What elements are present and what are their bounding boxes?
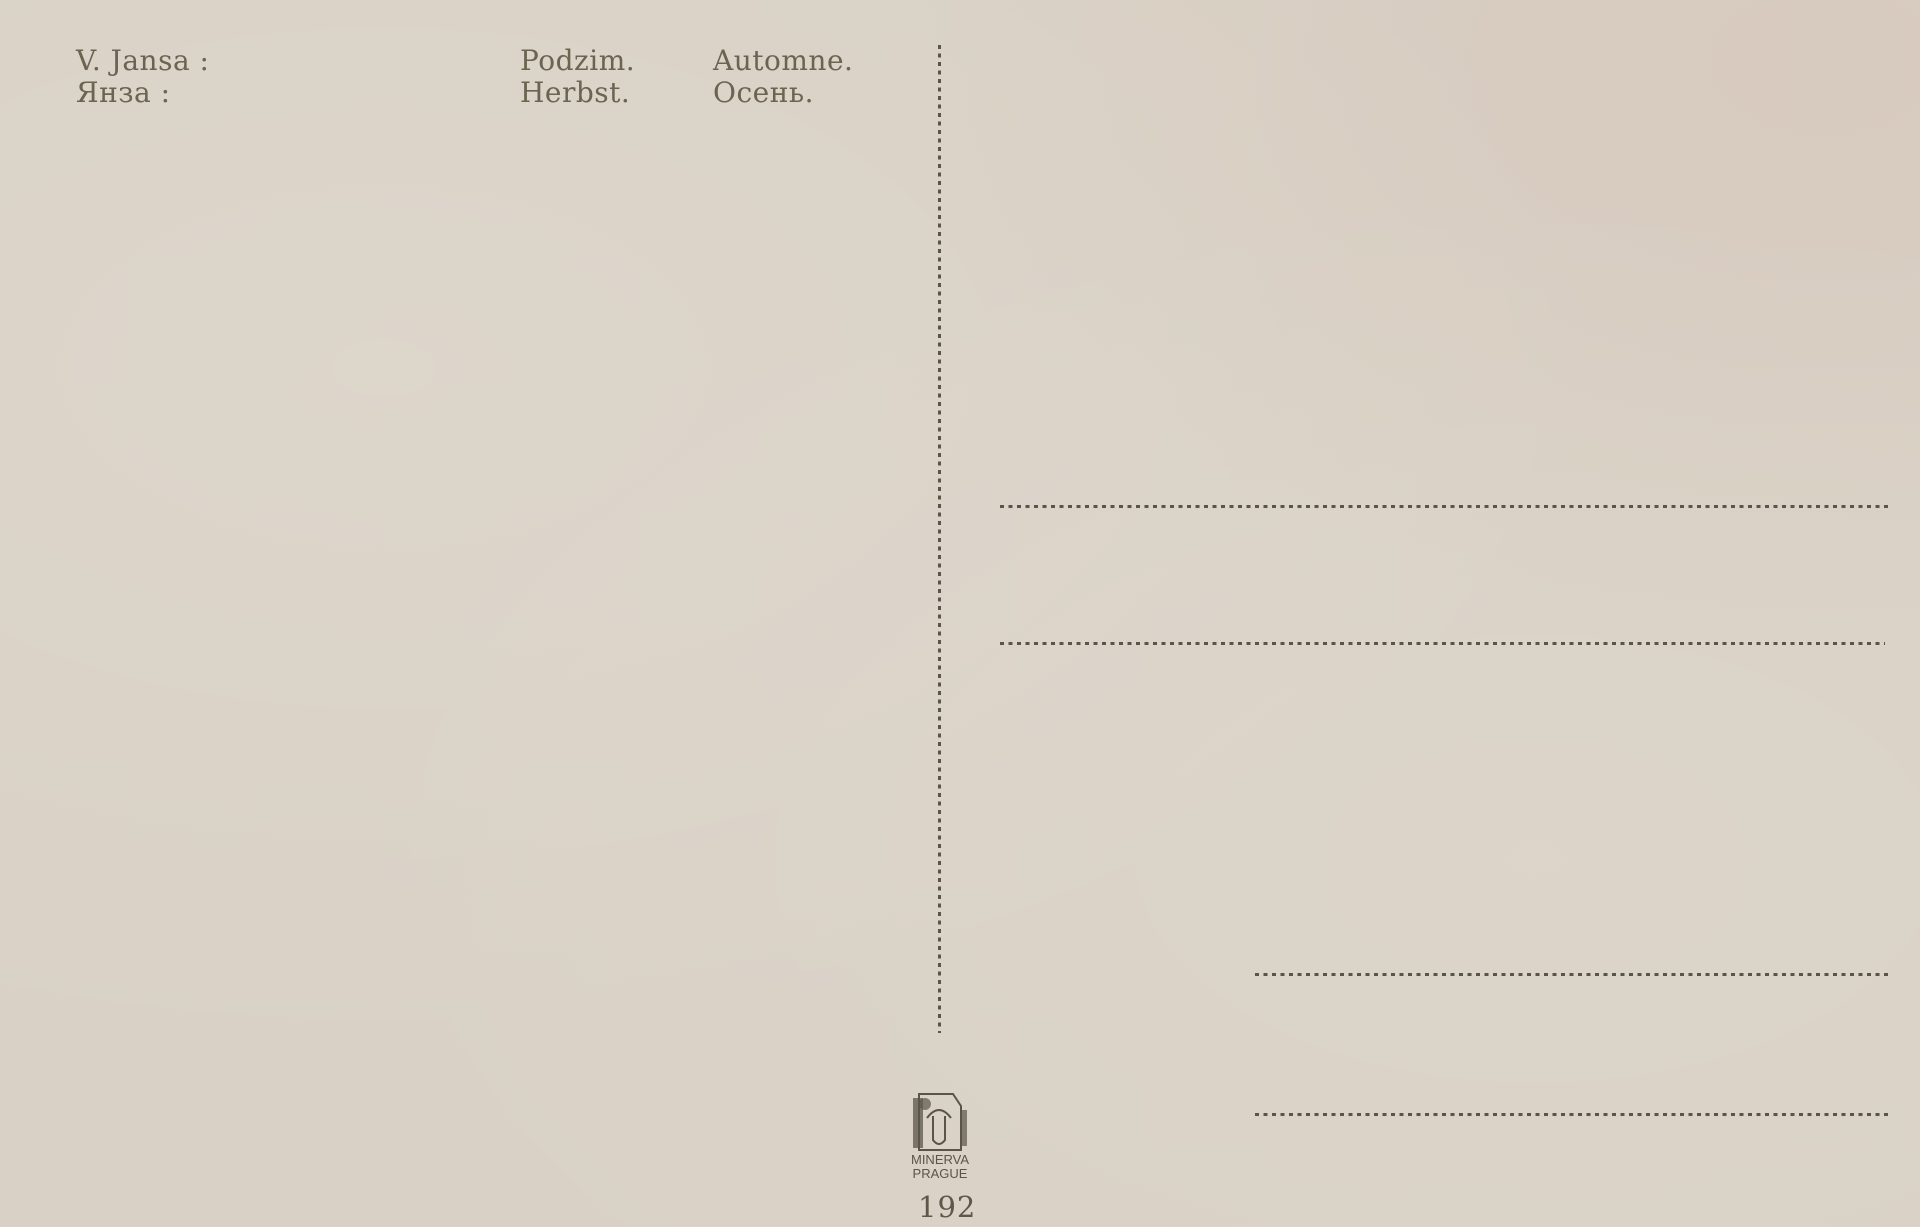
- artist-name-latin: V. Jansa :: [76, 46, 209, 76]
- address-line-3: [1255, 973, 1892, 976]
- title-czech: Podzim.: [520, 46, 635, 76]
- title-russian: Осень.: [713, 78, 814, 108]
- postcard-back: V. Jansa : Янза : Podzim. Herbst. Automn…: [0, 0, 1920, 1227]
- svg-text:MINERVA: MINERVA: [911, 1152, 969, 1167]
- title-french: Automne.: [713, 46, 853, 76]
- artist-name-cyrillic: Янза :: [76, 78, 171, 108]
- minerva-publisher-logo-icon: MINERVA PRAGUE: [905, 1088, 975, 1180]
- address-line-2: [1000, 642, 1885, 645]
- address-line-4: [1255, 1113, 1892, 1116]
- address-line-1: [1000, 505, 1890, 508]
- divider-dotted-vertical: [938, 45, 941, 1033]
- card-number: 192: [918, 1190, 976, 1224]
- svg-text:PRAGUE: PRAGUE: [913, 1166, 968, 1180]
- title-german: Herbst.: [520, 78, 630, 108]
